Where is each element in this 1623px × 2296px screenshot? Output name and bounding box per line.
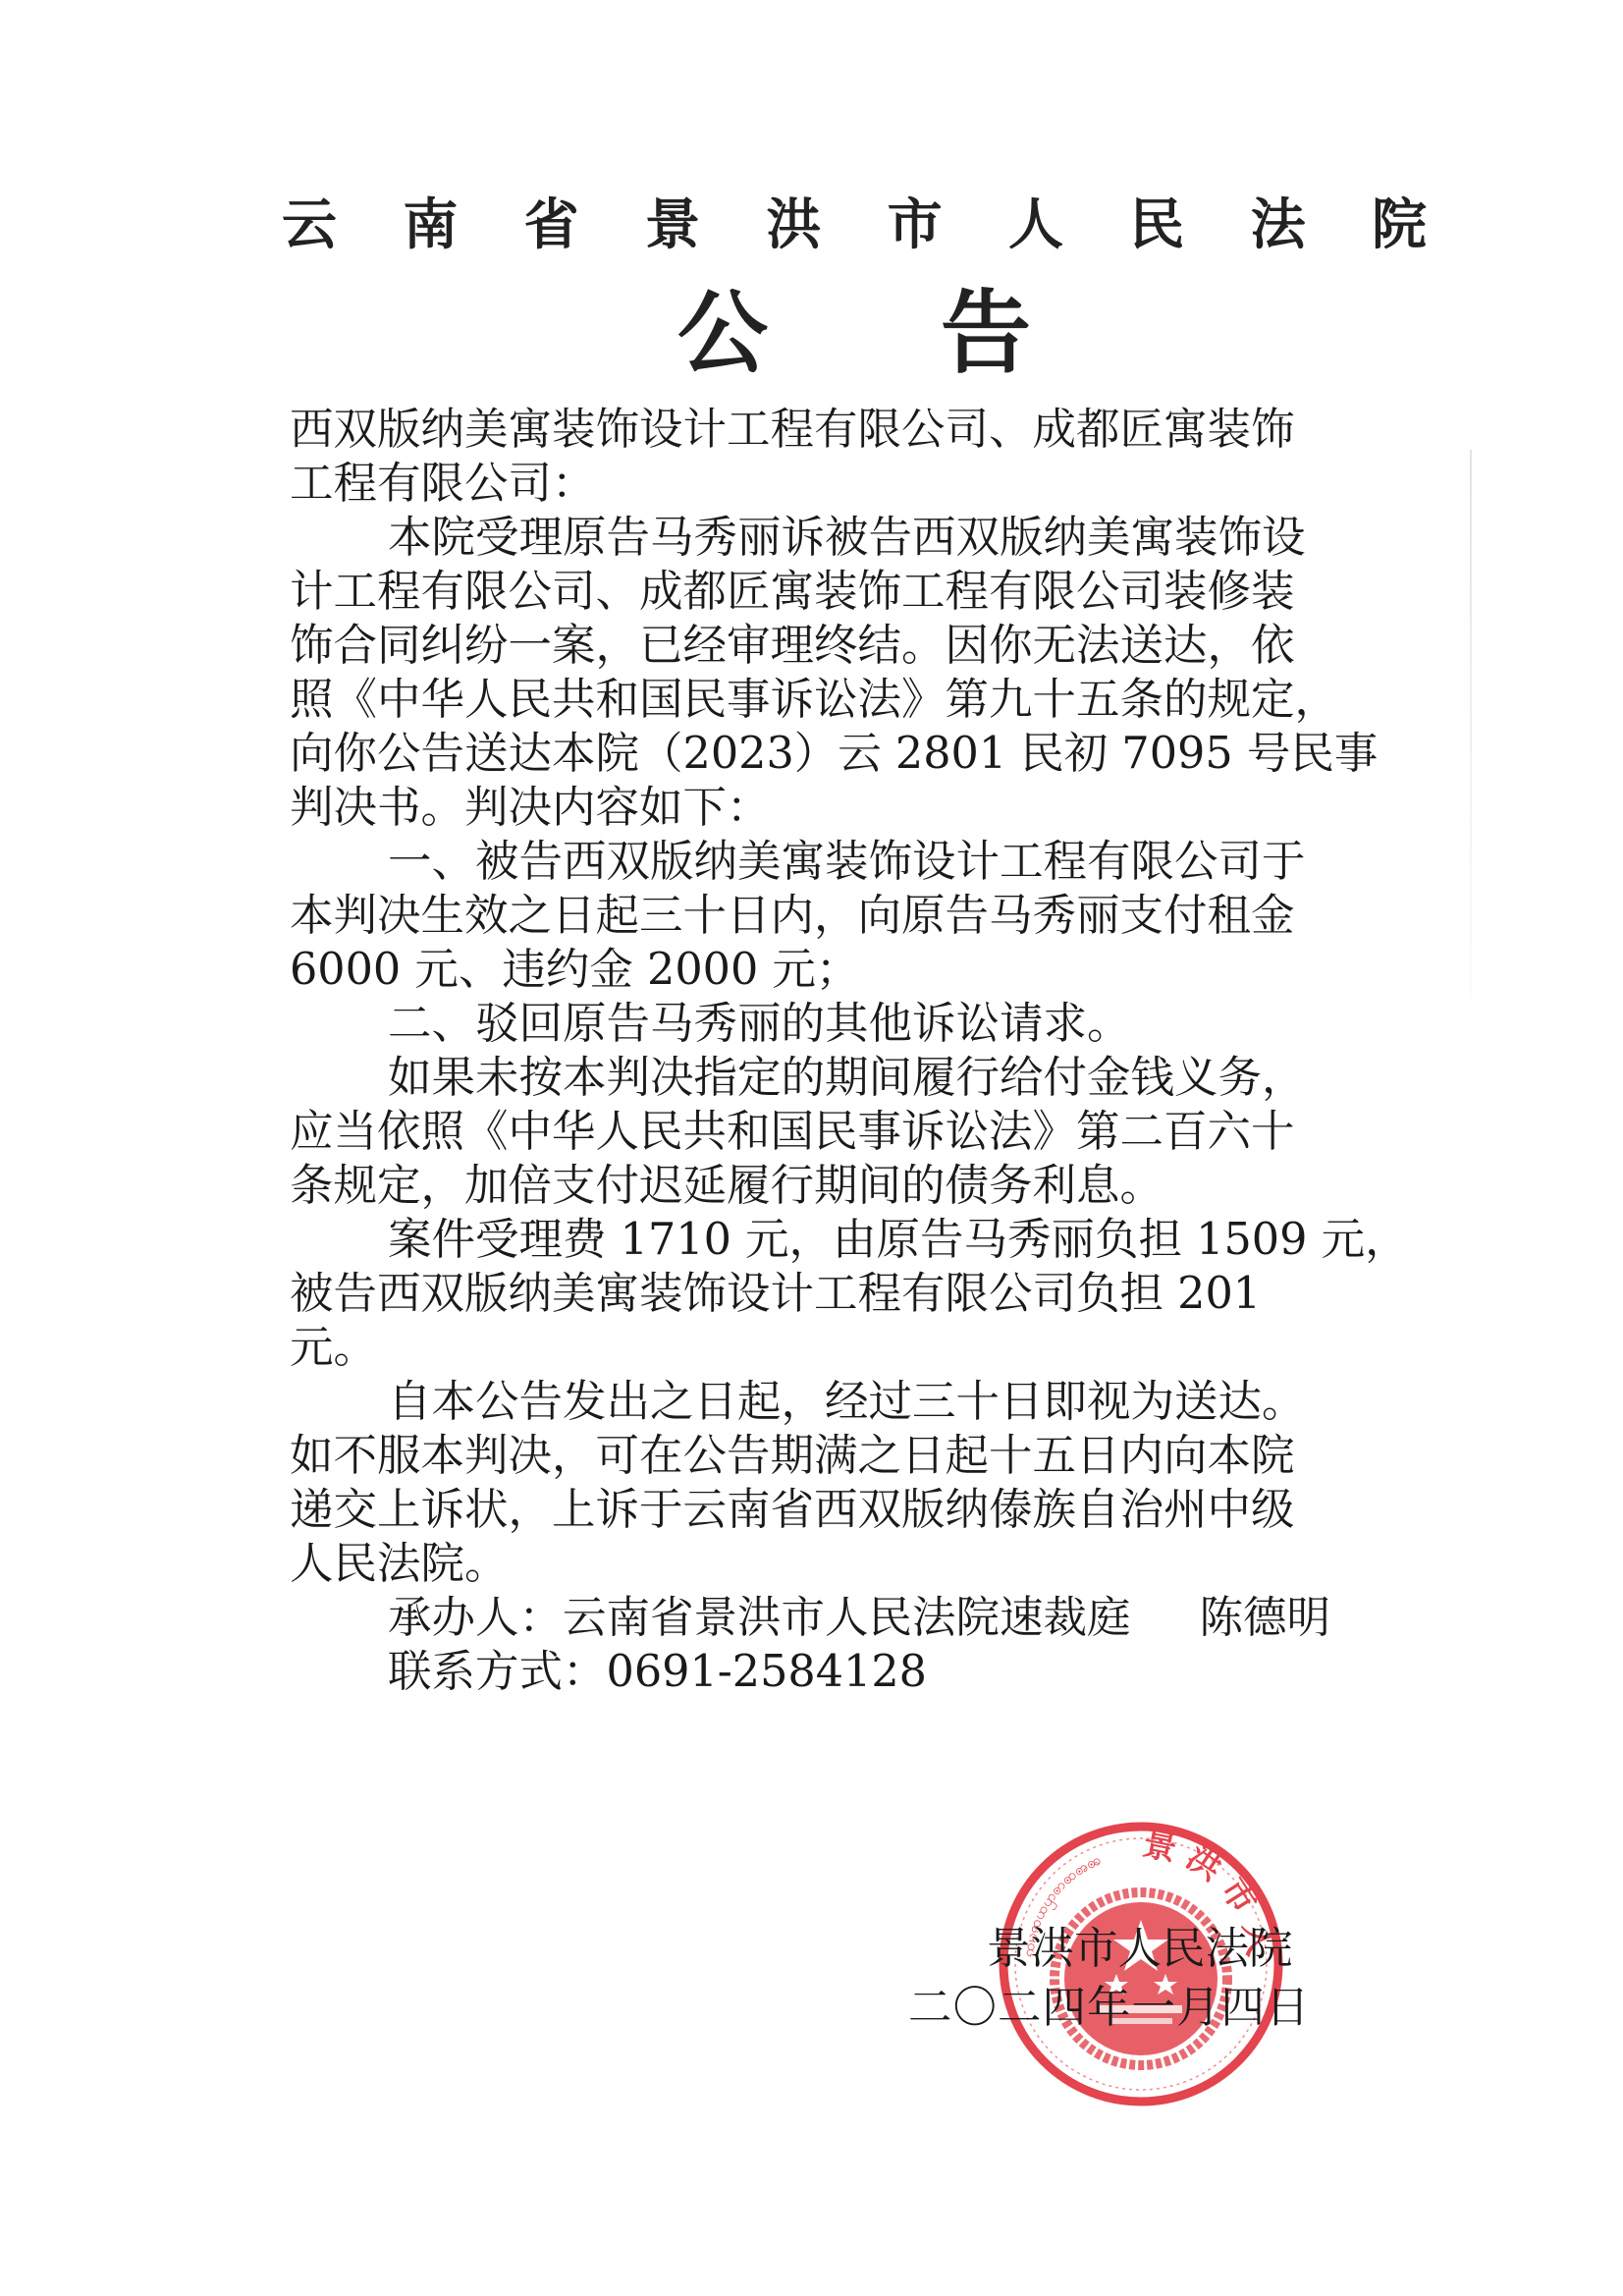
body-line-ruling-1: 一、被告西双版纳美寓装饰设计工程有限公司于 (290, 835, 1429, 889)
signing-date: 二〇二四年一月四日 (908, 1979, 1311, 2038)
handler-name: 陈德明 (1200, 1593, 1331, 1643)
court-name-char: 市 (886, 196, 945, 255)
court-name-char: 洪 (764, 196, 823, 255)
body-line: 被告西双版纳美寓装饰设计工程有限公司负担 201 (290, 1267, 1429, 1321)
court-name-char: 云 (280, 196, 339, 255)
handler-department: 云南省景洪市人民法院速裁庭 (563, 1593, 1131, 1643)
court-name-char: 法 (1249, 196, 1308, 255)
body-line: 照《中华人民共和国民事诉讼法》第九十五条的规定， (290, 673, 1429, 727)
phone-number: 0691-2584128 (607, 1647, 927, 1697)
handler-label: 承办人： (388, 1593, 563, 1643)
handler-line: 承办人：云南省景洪市人民法院速裁庭陈德明 (290, 1591, 1429, 1645)
court-name-char: 南 (401, 196, 460, 255)
body-line: 饰合同纠纷一案，已经审理终结。因你无法送达，依 (290, 619, 1429, 673)
body-line-default-clause: 如果未按本判决指定的期间履行给付金钱义务， (290, 1051, 1429, 1105)
phone-line: 联系方式：0691-2584128 (290, 1645, 1429, 1699)
body-line: 人民法院。 (290, 1537, 1429, 1591)
notice-title-char: 告 (941, 285, 1031, 383)
body-line-fees: 案件受理费 1710 元，由原告马秀丽负担 1509 元， (290, 1213, 1429, 1267)
court-notice-page: 云 南 省 景 洪 市 人 民 法 院 公 告 西双版纳美寓装饰设计工程有限公司… (0, 0, 1623, 2296)
notice-body: 西双版纳美寓装饰设计工程有限公司、成都匠寓装饰 工程有限公司： 本院受理原告马秀… (290, 403, 1429, 1699)
body-line: 条规定，加倍支付迟延履行期间的债务利息。 (290, 1159, 1429, 1213)
body-line-recipients-cont: 工程有限公司： (290, 457, 1429, 511)
signature-block: 景洪市人民法院 二〇二四年一月四日 (967, 1920, 1311, 2038)
body-line-amounts: 6000 元、违约金 2000 元； (290, 943, 1429, 997)
body-line: 应当依照《中华人民共和国民事诉讼法》第二百六十 (290, 1105, 1429, 1159)
body-line-ruling-2: 二、驳回原告马秀丽的其他诉讼请求。 (290, 997, 1429, 1051)
court-name-char: 人 (1006, 196, 1065, 255)
body-line-service-clause: 自本公告发出之日起，经过三十日即视为送达。 (290, 1375, 1429, 1429)
body-line-case-number: 向你公告送达本院（2023）云 2801 民初 7095 号民事 (290, 727, 1429, 781)
court-name-char: 民 (1127, 196, 1186, 255)
body-line: 递交上诉状，上诉于云南省西双版纳傣族自治州中级 (290, 1483, 1429, 1537)
notice-title-char: 公 (677, 285, 768, 383)
notice-title: 公 告 (677, 285, 1031, 383)
body-line-case-intro: 本院受理原告马秀丽诉被告西双版纳美寓装饰设 (290, 511, 1429, 565)
phone-label: 联系方式： (388, 1647, 607, 1697)
body-line: 元。 (290, 1321, 1429, 1375)
body-line: 判决书。判决内容如下： (290, 781, 1429, 835)
court-name-char: 景 (643, 196, 702, 255)
body-line-recipients: 西双版纳美寓装饰设计工程有限公司、成都匠寓装饰 (290, 403, 1429, 457)
body-line: 本判决生效之日起三十日内，向原告马秀丽支付租金 (290, 889, 1429, 943)
signing-court: 景洪市人民法院 (967, 1920, 1311, 1979)
body-line-appeal-clause: 如不服本判决，可在公告期满之日起十五日内向本院 (290, 1429, 1429, 1483)
court-name-char: 院 (1370, 196, 1429, 255)
body-line: 计工程有限公司、成都匠寓装饰工程有限公司装修装 (290, 565, 1429, 619)
court-name-char: 省 (522, 196, 581, 255)
scan-edge-artifact (1470, 450, 1472, 1000)
court-name-heading: 云 南 省 景 洪 市 人 民 法 院 (280, 196, 1429, 255)
